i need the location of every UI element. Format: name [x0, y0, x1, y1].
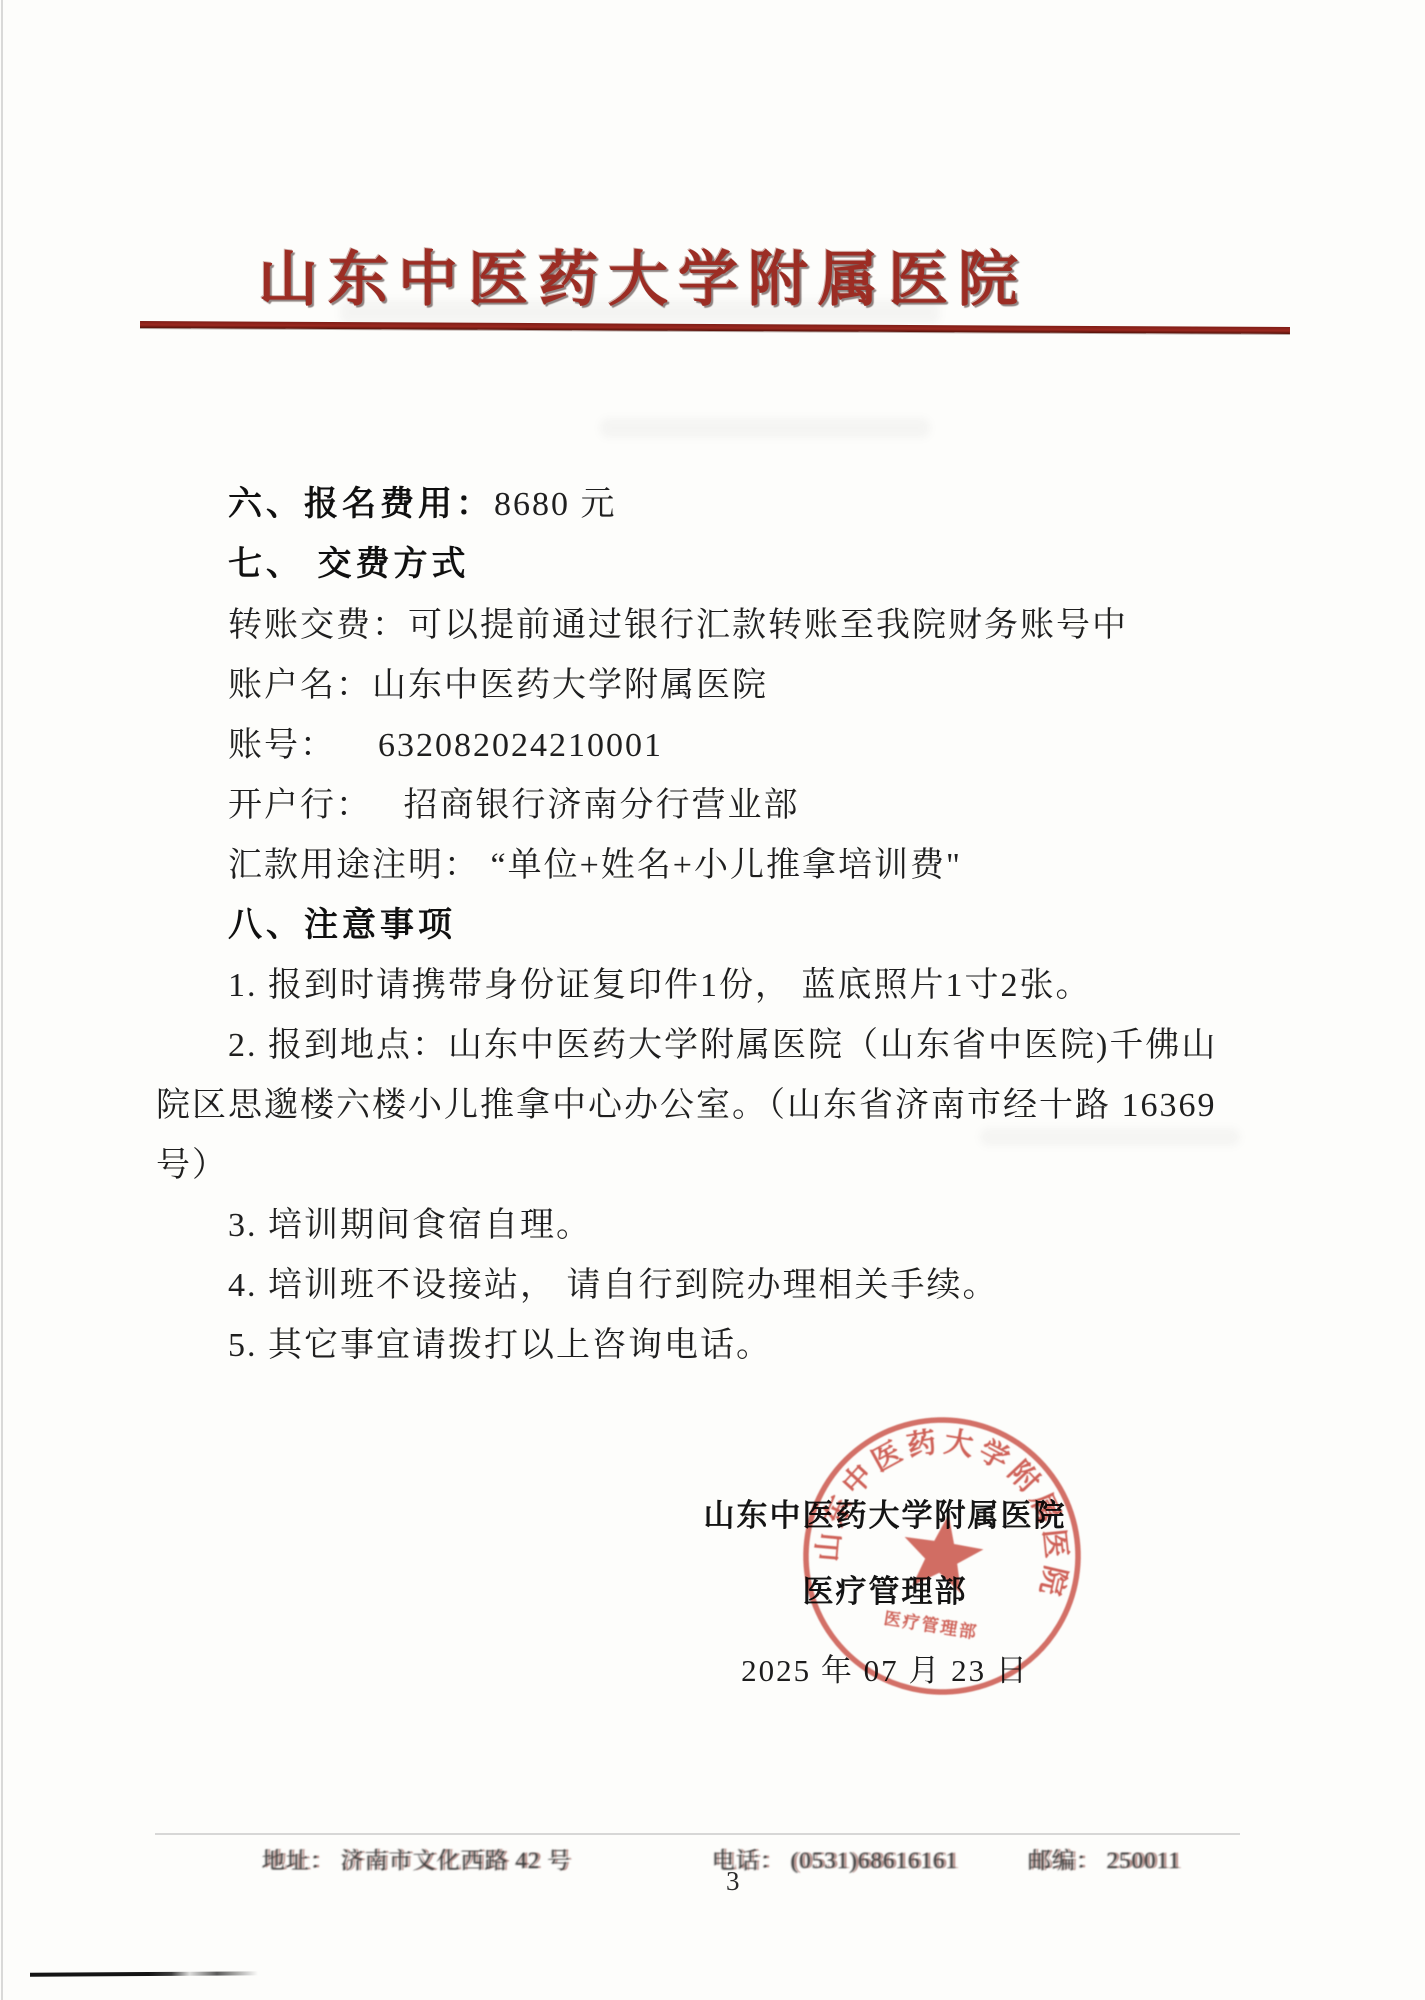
- footer-address: 地址： 济南市文化西路 42 号: [262, 1842, 571, 1875]
- footer-phone: 电话： (0531)68616161: [712, 1842, 958, 1875]
- line-note-1: 1. 报到时请携带身份证复印件1份， 蓝底照片1寸2张。: [156, 957, 1092, 1006]
- scanner-line-artifact: [30, 1971, 258, 1976]
- line-account-number: 账号： 632082024210001: [156, 717, 663, 766]
- heading-item8: 八、注意事项: [156, 897, 456, 946]
- line-note-5: 5. 其它事宜请拨打以上咨询电话。: [156, 1317, 772, 1366]
- ghost-smudge: [600, 418, 930, 438]
- line-bank-branch: 开户行： 招商银行济南分行营业部: [156, 777, 800, 826]
- seal-bottom-text: 医疗管理部: [883, 1608, 980, 1643]
- page-number: 3: [726, 1866, 740, 1897]
- line-note-2-part2: 院区思邈楼六楼小儿推拿中心办公室。（山东省济南市经十路 16369: [156, 1077, 1217, 1126]
- line-account-name: 账户名：山东中医药大学附属医院: [156, 657, 768, 706]
- line-note-3: 3. 培训期间食宿自理。: [156, 1197, 592, 1246]
- seal-graphic: 山东中医药大学附属医院 医疗管理部: [770, 1384, 1113, 1727]
- hospital-letterhead-title: 山东中医药大学附属医院: [258, 232, 1028, 318]
- line-note-2-part3: 号）: [156, 1137, 228, 1186]
- scanned-document-page: 山东中医药大学附属医院 六、报名费用：8680 元 七、 交费方式 转账交费：可…: [0, 0, 1425, 2000]
- line-note-4: 4. 培训班不设接站， 请自行到院办理相关手续。: [156, 1257, 999, 1306]
- footer-divider-rule: [155, 1833, 1240, 1835]
- footer-postcode: 邮编： 250011: [1028, 1842, 1181, 1875]
- scanner-edge-artifact: [1, 0, 3, 2000]
- fee-value: 8680 元: [494, 486, 617, 523]
- heading-item6: 六、报名费用：: [228, 485, 494, 523]
- line-transfer-payment: 转账交费：可以提前通过银行汇款转账至我院财务账号中: [156, 597, 1128, 646]
- line-note-2-part1: 2. 报到地点：山东中医药大学附属医院（山东省中医院)千佛山: [156, 1017, 1217, 1066]
- ghost-smudge: [980, 1128, 1240, 1146]
- official-red-seal: 山东中医药大学附属医院 医疗管理部: [770, 1384, 1113, 1727]
- line-remittance-purpose: 汇款用途注明： “单位+姓名+小儿推拿培训费": [156, 837, 962, 886]
- line-registration-fee: 六、报名费用：8680 元: [156, 476, 617, 525]
- seal-star-icon: [897, 1508, 988, 1596]
- heading-item7: 七、 交费方式: [156, 536, 469, 585]
